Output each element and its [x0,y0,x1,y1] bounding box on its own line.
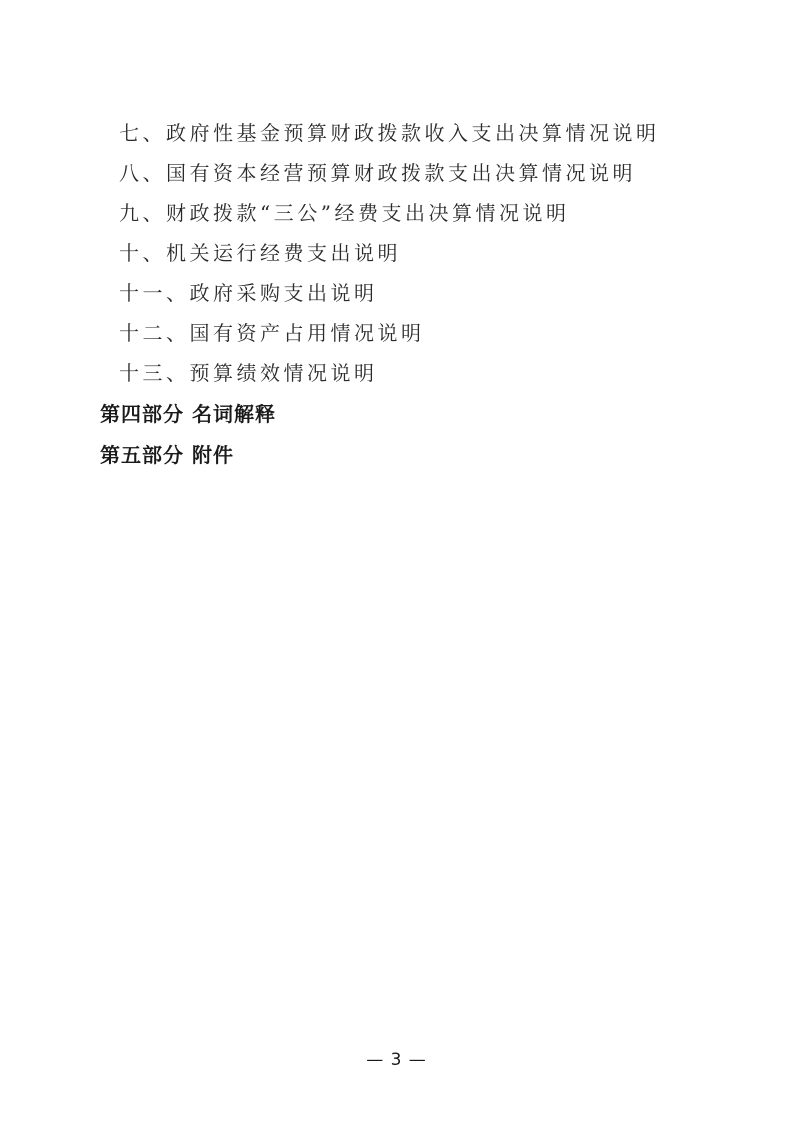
toc-item: 十、机关运行经费支出说明 [119,243,793,264]
page-number: — 3 — [0,1050,793,1070]
document-page: 七、政府性基金预算财政拨款收入支出决算情况说明 八、国有资本经营预算财政拨款支出… [0,0,793,1122]
toc-item: 十二、国有资产占用情况说明 [119,323,793,344]
toc-section-heading: 第四部分 名词解释 [100,404,793,425]
toc-item: 七、政府性基金预算财政拨款收入支出决算情况说明 [119,123,793,144]
toc-item: 九、财政拨款“三公”经费支出决算情况说明 [119,203,793,224]
toc-section-heading: 第五部分 附件 [100,445,793,466]
table-of-contents: 七、政府性基金预算财政拨款收入支出决算情况说明 八、国有资本经营预算财政拨款支出… [0,123,793,466]
toc-item: 八、国有资本经营预算财政拨款支出决算情况说明 [119,163,793,184]
toc-item: 十一、政府采购支出说明 [119,283,793,304]
toc-item: 十三、预算绩效情况说明 [119,363,793,384]
